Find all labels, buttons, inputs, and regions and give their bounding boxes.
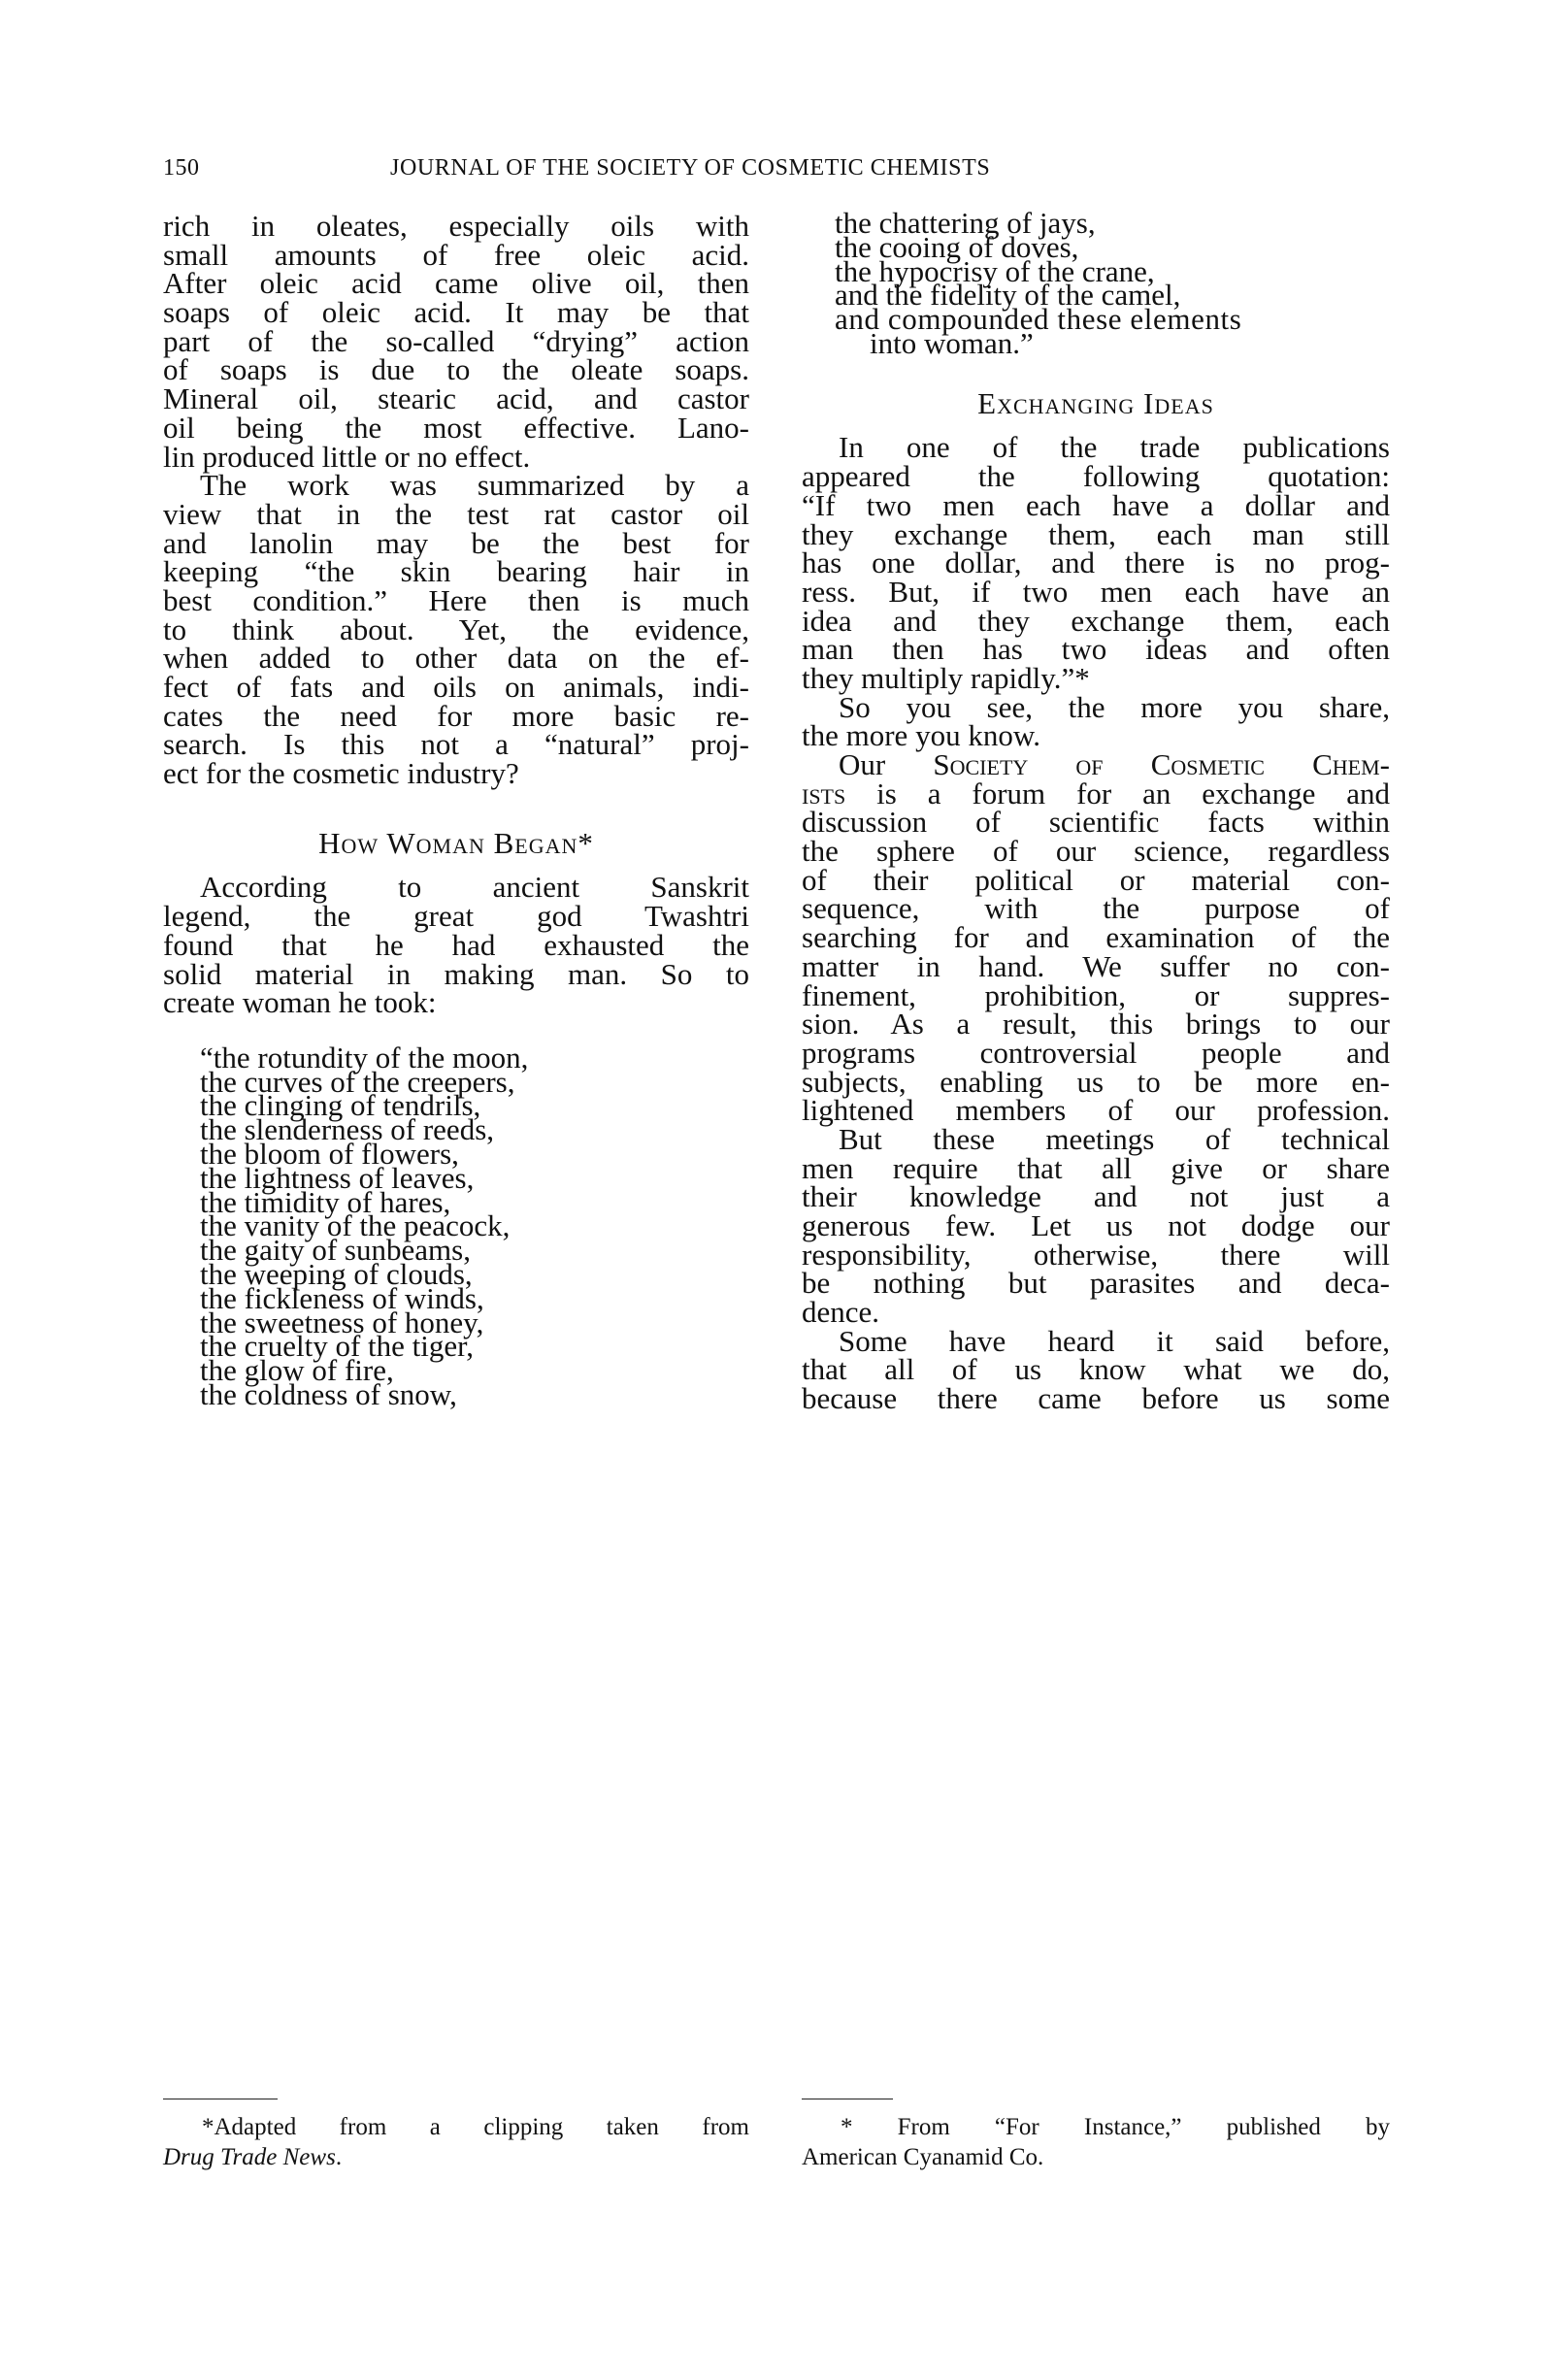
text-line: solid material in making man. So to [163, 960, 749, 989]
text-line: when added to other data on the ef- [163, 644, 749, 673]
text-line: be nothing but parasites and deca- [802, 1269, 1390, 1298]
text-line: According to ancient Sanskrit [163, 873, 749, 902]
text-line: So you see, the more you share, [802, 693, 1390, 722]
journal-title: JOURNAL OF THE SOCIETY OF COSMETIC CHEMI… [390, 155, 990, 182]
text-line: “If two men each have a dollar and [802, 491, 1390, 520]
text-line: found that he had exhausted the [163, 931, 749, 960]
text-line: soaps of oleic acid. It may be that [163, 298, 749, 327]
section-heading-exchanging-ideas: Exchanging Ideas [802, 389, 1390, 418]
text-line: Our Society of Cosmetic Chem- [802, 750, 1390, 779]
paragraph-society: Our Society of Cosmetic Chem- ists is a … [802, 750, 1390, 1125]
paragraph-legend: According to ancient Sanskrit legend, th… [163, 873, 749, 1016]
text-line: The work was summarized by a [163, 471, 749, 500]
text-line: sequence, with the purpose of [802, 894, 1390, 923]
text-line: best condition.” Here then is much [163, 586, 749, 615]
text-line: idea and they exchange them, each [802, 607, 1390, 636]
text-line: they exchange them, each man still [802, 520, 1390, 549]
running-header: 150 JOURNAL OF THE SOCIETY OF COSMETIC C… [163, 155, 1382, 190]
journal-page: 150 JOURNAL OF THE SOCIETY OF COSMETIC C… [0, 0, 1550, 2380]
text-line: that all of us know what we do, [802, 1355, 1390, 1384]
text-line: create woman he took: [163, 988, 749, 1017]
section-heading-how-woman-began: How Woman Began* [163, 829, 749, 858]
left-column: rich in oleates, especially oils with sm… [163, 212, 749, 1407]
footnote-line: Drug Trade News. [163, 2142, 749, 2172]
text-line: has one dollar, and there is no prog- [802, 548, 1390, 578]
text-line: finement, prohibition, or suppres- [802, 981, 1390, 1010]
text-line: men require that all give or share [802, 1154, 1390, 1183]
text-line: rich in oleates, especially oils with [163, 212, 749, 241]
text-line: oil being the most effective. Lano- [163, 413, 749, 443]
text-line: the sphere of our science, regardless [802, 837, 1390, 866]
right-column: the chattering of jays, the cooing of do… [802, 212, 1390, 1413]
text-line: matter in hand. We suffer no con- [802, 952, 1390, 981]
text-line: search. Is this not a “natural” proj- [163, 730, 749, 759]
text-line: view that in the test rat castor oil [163, 500, 749, 529]
footnote-rule-right [802, 2099, 893, 2099]
text-line: and lanolin may be the best for [163, 529, 749, 558]
text-line: lin produced little or no effect. [163, 443, 749, 472]
text-line: responsibility, otherwise, there will [802, 1240, 1390, 1270]
footnote-left: *Adapted from a clipping taken from Drug… [163, 2112, 749, 2172]
text-line: dence. [802, 1298, 1390, 1327]
paragraph-meetings: But these meetings of technical men requ… [802, 1125, 1390, 1327]
text-line: Mineral oil, stearic acid, and castor [163, 384, 749, 413]
text-line: subjects, enabling us to be more en- [802, 1068, 1390, 1097]
text-line: ress. But, if two men each have an [802, 578, 1390, 607]
paragraph-quotation: In one of the trade publications appeare… [802, 433, 1390, 692]
text-line: part of the so-called “drying” action [163, 327, 749, 356]
text-line: cates the need for more basic re- [163, 702, 749, 731]
text-line: generous few. Let us not dodge our [802, 1211, 1390, 1240]
text-line: In one of the trade publications [802, 433, 1390, 462]
footnote-rule-left [163, 2099, 278, 2099]
text-line: But these meetings of technical [802, 1125, 1390, 1154]
text-line: of their political or material con- [802, 866, 1390, 895]
verse-continued: the chattering of jays, the cooing of do… [802, 212, 1390, 356]
footnote-period: . [336, 2144, 342, 2170]
text-line: lightened members of our profession. [802, 1096, 1390, 1125]
text-line: they multiply rapidly.”* [802, 664, 1390, 693]
paragraph-oleates: rich in oleates, especially oils with sm… [163, 212, 749, 471]
paragraph-heard: Some have heard it said before, that all… [802, 1327, 1390, 1413]
text-line: of soaps is due to the oleate soaps. [163, 355, 749, 384]
text-line: to think about. Yet, the evidence, [163, 615, 749, 645]
text-line: keeping “the skin bearing hair in [163, 557, 749, 586]
footnote-line: *Adapted from a clipping taken from [163, 2112, 749, 2142]
text-line: small amounts of free oleic acid. [163, 241, 749, 270]
text-line: discussion of scientific facts within [802, 808, 1390, 837]
footnote-source-italic: Drug Trade News [163, 2144, 336, 2170]
text-line: appeared the following quotation: [802, 462, 1390, 491]
text-line: the more you know. [802, 721, 1390, 750]
footnote-line: American Cyanamid Co. [802, 2142, 1390, 2172]
text-line: searching for and examination of the [802, 923, 1390, 952]
footnote-right: * From “For Instance,” published by Amer… [802, 2112, 1390, 2172]
text-line: because there came before us some [802, 1384, 1390, 1413]
text-line: sion. As a result, this brings to our [802, 1009, 1390, 1039]
text-line: their knowledge and not just a [802, 1182, 1390, 1211]
verse-block: “the rotundity of the moon, the curves o… [163, 1046, 749, 1407]
page-number: 150 [163, 155, 200, 182]
paragraph-share: So you see, the more you share, the more… [802, 693, 1390, 750]
text-line: ect for the cosmetic industry? [163, 759, 749, 788]
text-line: fect of fats and oils on animals, indi- [163, 673, 749, 702]
text-line: legend, the great god Twashtri [163, 902, 749, 931]
verse-line: the coldness of snow, [163, 1383, 749, 1407]
text-line: ists is a forum for an exchange and [802, 779, 1390, 809]
text-line: man then has two ideas and often [802, 635, 1390, 664]
footnote-line: * From “For Instance,” published by [802, 2112, 1390, 2142]
text-line: After oleic acid came olive oil, then [163, 269, 749, 298]
paragraph-summary: The work was summarized by a view that i… [163, 471, 749, 788]
text-line: Some have heard it said before, [802, 1327, 1390, 1356]
text-line: programs controversial people and [802, 1039, 1390, 1068]
